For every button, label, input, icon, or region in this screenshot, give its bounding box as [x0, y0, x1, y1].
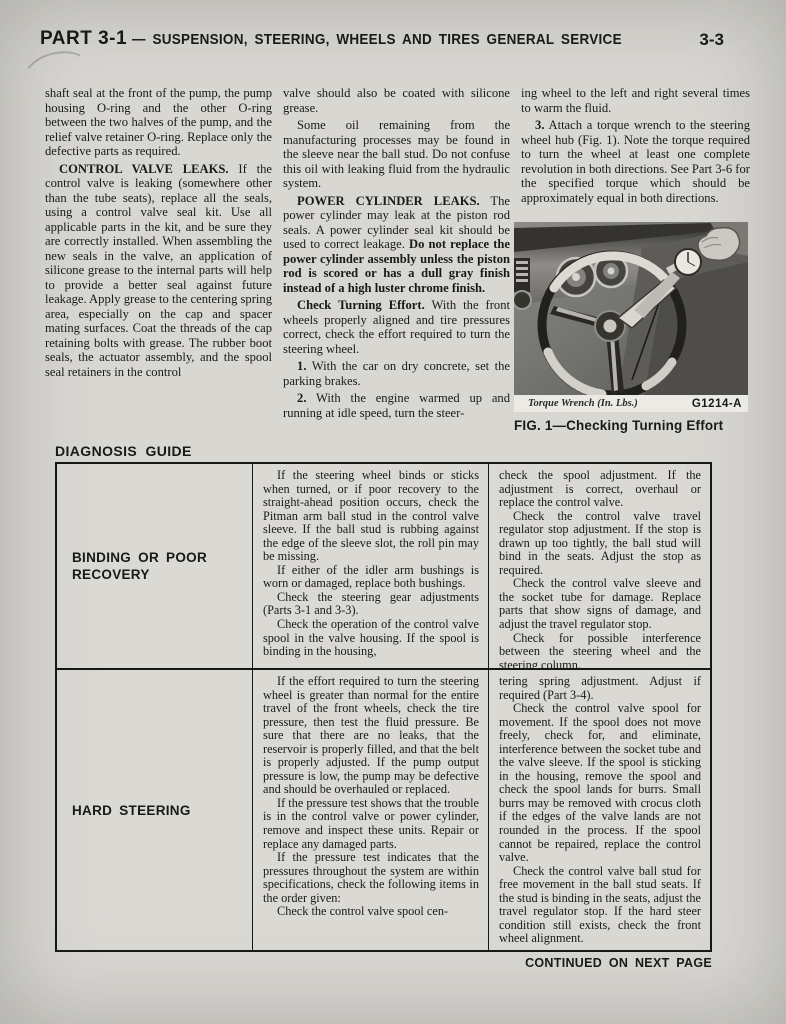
paragraph: tering spring adjustment. Adjust if requ…	[499, 675, 701, 702]
paragraph: Check the steering gear adjustments (Par…	[263, 591, 479, 618]
diagnosis-table: BINDING OR POOR RECOVERY If the steering…	[55, 462, 712, 952]
paragraph: CONTROL VALVE LEAKS. If the control valv…	[45, 162, 272, 380]
photo-caption-strip: Torque Wrench (In. Lbs.) G1214-A	[514, 395, 748, 412]
paragraph: Check the control valve spool for moveme…	[499, 702, 701, 865]
paragraph: valve should also be coated with silicon…	[283, 86, 510, 115]
remedy-cell: check the spool adjustment. If the adjus…	[489, 464, 710, 668]
figure-label: FIG. 1—Checking Turning Effort	[514, 417, 739, 433]
run-in-heading: POWER CYLINDER LEAKS.	[297, 194, 480, 208]
paragraph: If the pressure test indicates that the …	[263, 851, 479, 905]
paragraph-text: With the engine warmed up and running at…	[283, 391, 510, 420]
table-row-hard-steering: HARD STEERING If the effort required to …	[57, 670, 710, 950]
run-in-heading: Check Turning Effort.	[297, 298, 425, 312]
header-rule	[40, 57, 748, 60]
row-label: BINDING OR POOR RECOVERY	[57, 464, 253, 668]
diagnosis-guide-heading: DIAGNOSIS GUIDE	[55, 443, 192, 459]
continued-note: CONTINUED ON NEXT PAGE	[525, 956, 712, 970]
paragraph: Check for possible interference between …	[499, 632, 701, 668]
paragraph-text: Attach a torque wrench to the steering w…	[521, 118, 750, 205]
section-title: — SUSPENSION, STEERING, WHEELS AND TIRES…	[132, 31, 622, 48]
figure-1: Torque Wrench (In. Lbs.) G1214-A FIG. 1—…	[514, 222, 748, 433]
text-column-1: shaft seal at the front of the pump, the…	[45, 86, 272, 438]
paragraph: If the steering wheel binds or sticks wh…	[263, 469, 479, 564]
text-column-2: valve should also be coated with silicon…	[283, 86, 510, 438]
paragraph: Check the control valve ball stud for fr…	[499, 865, 701, 946]
paragraph: Check the control valve spool cen-	[263, 905, 479, 919]
manual-page: PART 3-1 — SUSPENSION, STEERING, WHEELS …	[0, 0, 786, 1024]
page-header: PART 3-1 — SUSPENSION, STEERING, WHEELS …	[40, 28, 746, 54]
column-3-text: ing wheel to the left and right several …	[521, 86, 750, 222]
paragraph: If either of the idler arm bushings is w…	[263, 564, 479, 591]
remedy-cell: tering spring adjustment. Adjust if requ…	[489, 670, 710, 950]
symptom-cause-cell: If the effort required to turn the steer…	[253, 670, 489, 950]
table-row-binding-or-poor-recovery: BINDING OR POOR RECOVERY If the steering…	[57, 464, 710, 670]
paragraph: Check Turning Effort. With the front whe…	[283, 298, 510, 356]
paragraph: If the pressure test shows that the trou…	[263, 797, 479, 851]
part-label: PART 3-1	[40, 28, 127, 49]
numbered-step: 1. With the car on dry concrete, set the…	[283, 359, 510, 388]
paragraph-text: With the car on dry concrete, set the pa…	[283, 359, 510, 388]
photo-caption: Torque Wrench (In. Lbs.)	[528, 398, 638, 409]
paragraph: If the effort required to turn the steer…	[263, 675, 479, 797]
paragraph: Some oil remaining from the manufacturin…	[283, 118, 510, 191]
numbered-step: 3. Attach a torque wrench to the steerin…	[521, 118, 750, 205]
paragraph: Check the operation of the control valve…	[263, 618, 479, 659]
row-label: HARD STEERING	[57, 670, 253, 950]
numbered-step: 2. With the engine warmed up and running…	[283, 391, 510, 420]
run-in-heading: CONTROL VALVE LEAKS.	[59, 162, 229, 176]
paragraph-text: If the control valve is leaking (somewhe…	[45, 162, 272, 379]
paragraph: POWER CYLINDER LEAKS. The power cylinder…	[283, 194, 510, 296]
paragraph: check the spool adjustment. If the adjus…	[499, 469, 701, 510]
photo-code: G1214-A	[692, 398, 742, 410]
paragraph: ing wheel to the left and right several …	[521, 86, 750, 115]
symptom-cause-cell: If the steering wheel binds or sticks wh…	[253, 464, 489, 668]
page-number: 3-3	[699, 30, 724, 50]
steering-wheel-photo	[514, 222, 748, 395]
paragraph: Check the control valve travel regulator…	[499, 510, 701, 578]
paragraph: shaft seal at the front of the pump, the…	[45, 86, 272, 159]
header-title-line: PART 3-1 — SUSPENSION, STEERING, WHEELS …	[40, 28, 666, 50]
paragraph: Check the control valve sleeve and the s…	[499, 577, 701, 631]
